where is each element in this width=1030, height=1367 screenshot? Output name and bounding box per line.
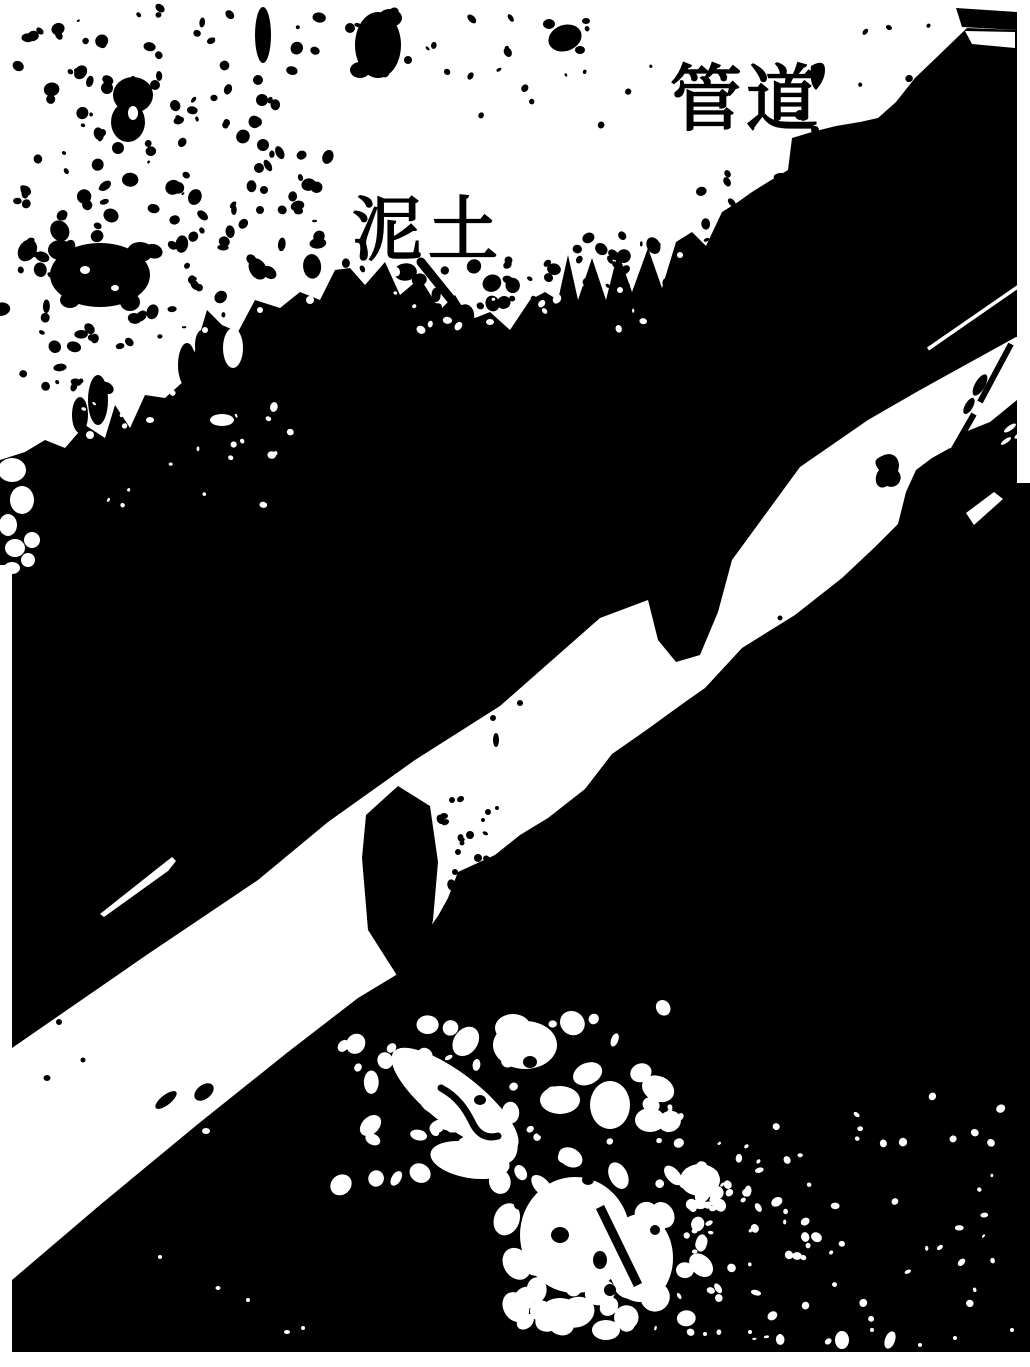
soil-label: 泥土	[352, 189, 504, 271]
dark-blob-on-pipe	[875, 454, 900, 487]
scan-margin-bottom	[0, 1352, 1030, 1367]
scan-margin-left	[0, 565, 12, 1367]
binarized-photo: 管道 泥土	[0, 0, 1030, 1367]
pipeline-label: 管道	[670, 57, 822, 141]
patent-figure: 管道 泥土	[0, 0, 1030, 1367]
